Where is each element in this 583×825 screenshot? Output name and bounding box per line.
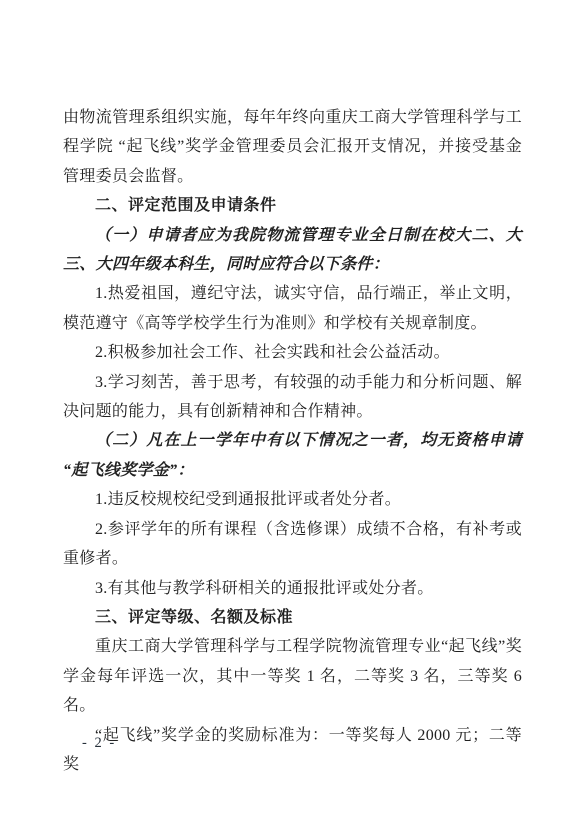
para-fund-supervision: 由物流管理系组织实施，每年年终向重庆工商大学管理科学与工程学院 “起飞线”奖学金… <box>63 103 522 191</box>
condition-item-2-social-activity: 2.积极参加社会工作、社会实践和社会公益活动。 <box>63 338 522 367</box>
disqualify-item-1-violation: 1.违反校规校纪受到通报批评或者处分者。 <box>63 485 522 514</box>
para-applicant-scope: （一）申请者应为我院物流管理专业全日制在校大二、大三、大四年级本科生，同时应符合… <box>63 221 522 280</box>
disqualify-item-2-failing-grades: 2.参评学年的所有课程（含选修课）成绩不合格，有补考或重修者。 <box>63 515 522 574</box>
heading-section-3: 三、评定等级、名额及标准 <box>63 603 522 632</box>
document-page: 由物流管理系组织实施，每年年终向重庆工商大学管理科学与工程学院 “起飞线”奖学金… <box>0 0 583 825</box>
para-disqualification-intro: （二）凡在上一学年中有以下情况之一者，均无资格申请“起飞线奖学金”： <box>63 426 522 485</box>
disqualify-item-3-other-criticism: 3.有其他与教学科研相关的通报批评或处分者。 <box>63 574 522 603</box>
para-award-quota: 重庆工商大学管理科学与工程学院物流管理专业“起飞线”奖学金每年评选一次，其中一等… <box>63 632 522 720</box>
heading-section-2: 二、评定范围及申请条件 <box>63 191 522 220</box>
para-award-standard: “起飞线”奖学金的奖励标准为：一等奖每人 2000 元；二等奖 <box>63 721 522 780</box>
condition-item-3-study-ability: 3.学习刻苦，善于思考，有较强的动手能力和分析问题、解决问题的能力，具有创新精神… <box>63 368 522 427</box>
condition-item-1-patriotism: 1.热爱祖国，遵纪守法，诚实守信，品行端正，举止文明，模范遵守《高等学校学生行为… <box>63 279 522 338</box>
document-body: 由物流管理系组织实施，每年年终向重庆工商大学管理科学与工程学院 “起飞线”奖学金… <box>63 103 522 779</box>
page-number: - 2 - <box>82 735 116 752</box>
